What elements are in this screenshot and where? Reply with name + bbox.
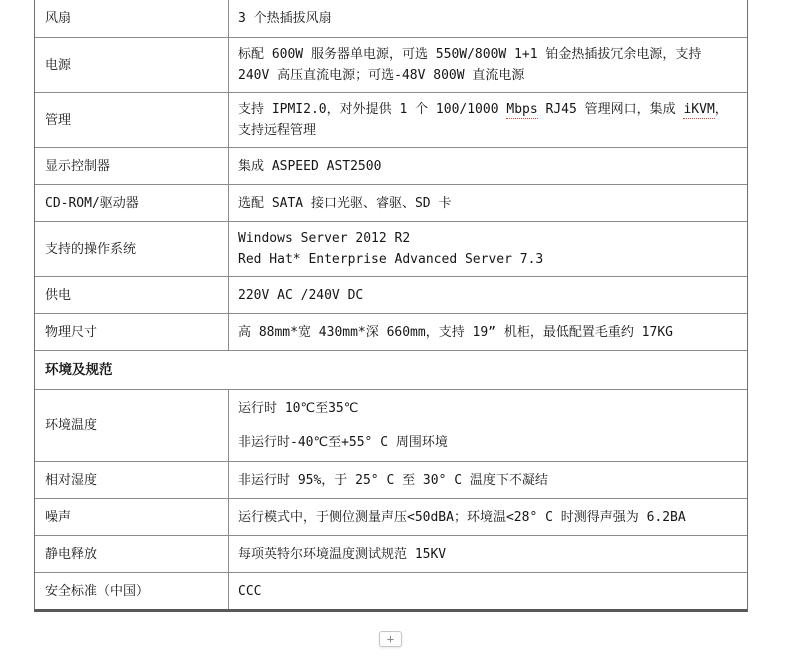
value-line: 非运行时-40℃至+55° C 周围环境 bbox=[238, 432, 739, 453]
value-line: 选配 SATA 接口光驱、睿驱、SD 卡 bbox=[238, 193, 739, 214]
row-value: 非运行时 95%，于 25° C 至 30° C 温度下不凝结 bbox=[229, 462, 747, 498]
table-row: 电源 标配 600W 服务器单电源，可选 550W/800W 1+1 铂金热插拔… bbox=[35, 37, 747, 92]
row-label: 物理尺寸 bbox=[35, 314, 229, 350]
table-row: 噪声 运行模式中，于侧位测量声压<50dBA；环境温<28° C 时测得声强为 … bbox=[35, 498, 747, 535]
row-value: 集成 ASPEED AST2500 bbox=[229, 148, 747, 184]
row-value: Windows Server 2012 R2Red Hat* Enterpris… bbox=[229, 222, 747, 276]
table-row: 静电释放 每项英特尔环境温度测试规范 15KV bbox=[35, 535, 747, 572]
spec-table: 风扇 3 个热插拔风扇 电源 标配 600W 服务器单电源，可选 550W/80… bbox=[34, 0, 748, 612]
table-row: 物理尺寸 高 88mm*宽 430mm*深 660mm，支持 19” 机柜，最低… bbox=[35, 313, 747, 350]
row-label: 支持的操作系统 bbox=[35, 222, 229, 276]
value-line: 高 88mm*宽 430mm*深 660mm，支持 19” 机柜，最低配置毛重约… bbox=[238, 322, 739, 343]
table-row: 支持的操作系统 Windows Server 2012 R2Red Hat* E… bbox=[35, 221, 747, 276]
misspelled-word: iKVM bbox=[683, 102, 714, 119]
row-label: 管理 bbox=[35, 93, 229, 147]
value-line: 每项英特尔环境温度测试规范 15KV bbox=[238, 544, 739, 565]
value-line: 非运行时 95%，于 25° C 至 30° C 温度下不凝结 bbox=[238, 470, 739, 491]
row-label: 供电 bbox=[35, 277, 229, 313]
value-line: 支持 IPMI2.0，对外提供 1 个 100/1000 Mbps RJ45 管… bbox=[238, 99, 739, 141]
value-line: 220V AC /240V DC bbox=[238, 285, 739, 306]
row-value: CCC bbox=[229, 573, 747, 609]
plus-button[interactable]: + bbox=[379, 631, 402, 647]
row-value: 每项英特尔环境温度测试规范 15KV bbox=[229, 536, 747, 572]
section-header: 环境及规范 bbox=[35, 351, 747, 389]
row-label: 安全标准（中国） bbox=[35, 573, 229, 609]
page: 风扇 3 个热插拔风扇 电源 标配 600W 服务器单电源，可选 550W/80… bbox=[0, 0, 790, 672]
value-line: 运行时 10℃至35℃ bbox=[238, 398, 739, 419]
row-value: 支持 IPMI2.0，对外提供 1 个 100/1000 Mbps RJ45 管… bbox=[229, 93, 747, 147]
table-row: 管理 支持 IPMI2.0，对外提供 1 个 100/1000 Mbps RJ4… bbox=[35, 92, 747, 147]
table-row: 安全标准（中国） CCC bbox=[35, 572, 747, 609]
table-row: 供电 220V AC /240V DC bbox=[35, 276, 747, 313]
row-label: 相对湿度 bbox=[35, 462, 229, 498]
value-line: 标配 600W 服务器单电源，可选 550W/800W 1+1 铂金热插拔冗余电… bbox=[238, 44, 739, 86]
value-line: 集成 ASPEED AST2500 bbox=[238, 156, 739, 177]
row-label: 显示控制器 bbox=[35, 148, 229, 184]
row-value: 220V AC /240V DC bbox=[229, 277, 747, 313]
section-header-row: 环境及规范 bbox=[35, 350, 747, 389]
value-line: Red Hat* Enterprise Advanced Server 7.3 bbox=[238, 249, 739, 270]
row-label: 环境温度 bbox=[35, 390, 229, 461]
row-label: 风扇 bbox=[35, 0, 229, 37]
table-row: 风扇 3 个热插拔风扇 bbox=[35, 0, 747, 37]
value-line: Windows Server 2012 R2 bbox=[238, 228, 739, 249]
row-value: 3 个热插拔风扇 bbox=[229, 0, 747, 37]
table-row: CD-ROM/驱动器 选配 SATA 接口光驱、睿驱、SD 卡 bbox=[35, 184, 747, 221]
row-label: 静电释放 bbox=[35, 536, 229, 572]
row-value: 选配 SATA 接口光驱、睿驱、SD 卡 bbox=[229, 185, 747, 221]
row-value: 运行时 10℃至35℃非运行时-40℃至+55° C 周围环境 bbox=[229, 390, 747, 461]
table-row: 环境温度 运行时 10℃至35℃非运行时-40℃至+55° C 周围环境 bbox=[35, 389, 747, 461]
table-row: 显示控制器 集成 ASPEED AST2500 bbox=[35, 147, 747, 184]
value-line: CCC bbox=[238, 581, 739, 602]
row-value: 标配 600W 服务器单电源，可选 550W/800W 1+1 铂金热插拔冗余电… bbox=[229, 38, 747, 92]
misspelled-word: Mbps bbox=[506, 102, 537, 119]
row-label: 电源 bbox=[35, 38, 229, 92]
row-value: 运行模式中，于侧位测量声压<50dBA；环境温<28° C 时测得声强为 6.2… bbox=[229, 499, 747, 535]
row-label: CD-ROM/驱动器 bbox=[35, 185, 229, 221]
value-line: 运行模式中，于侧位测量声压<50dBA；环境温<28° C 时测得声强为 6.2… bbox=[238, 507, 739, 528]
table-row: 相对湿度 非运行时 95%，于 25° C 至 30° C 温度下不凝结 bbox=[35, 461, 747, 498]
value-line: 3 个热插拔风扇 bbox=[238, 8, 739, 29]
row-value: 高 88mm*宽 430mm*深 660mm，支持 19” 机柜，最低配置毛重约… bbox=[229, 314, 747, 350]
row-label: 噪声 bbox=[35, 499, 229, 535]
